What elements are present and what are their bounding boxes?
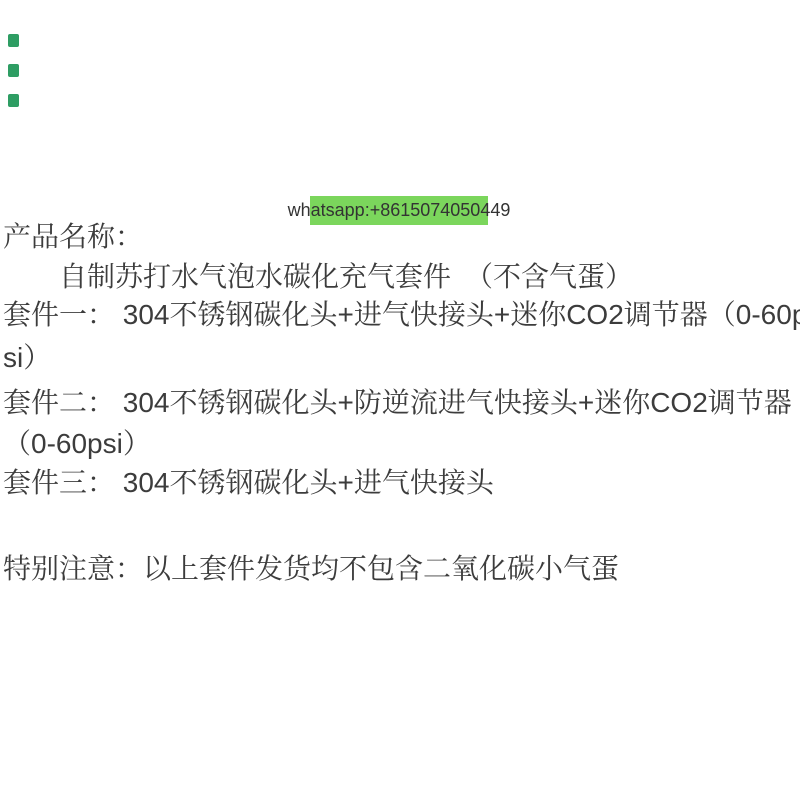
kit-three-line: 套件三： 304不锈钢碳化头+进气快接头 bbox=[3, 466, 494, 500]
kit-two-line: 套件二： 304不锈钢碳化头+防逆流进气快接头+迷你CO2调节器 bbox=[3, 386, 792, 420]
kit-one-line: 套件一： 304不锈钢碳化头+进气快接头+迷你CO2调节器（0-60p bbox=[3, 298, 800, 332]
product-name-label: 产品名称： bbox=[3, 220, 143, 254]
product-description: 产品名称： 自制苏打水气泡水碳化充气套件 （不含气蛋） 套件一： 304不锈钢碳… bbox=[0, 0, 800, 800]
kit-one-wrap-line: si） bbox=[3, 341, 51, 375]
kit-two-psi-line: （0-60psi） bbox=[3, 427, 151, 461]
product-name-value: 自制苏打水气泡水碳化充气套件 （不含气蛋） bbox=[59, 260, 633, 294]
special-note-line: 特别注意：以上套件发货均不包含二氧化碳小气蛋 bbox=[3, 552, 619, 586]
